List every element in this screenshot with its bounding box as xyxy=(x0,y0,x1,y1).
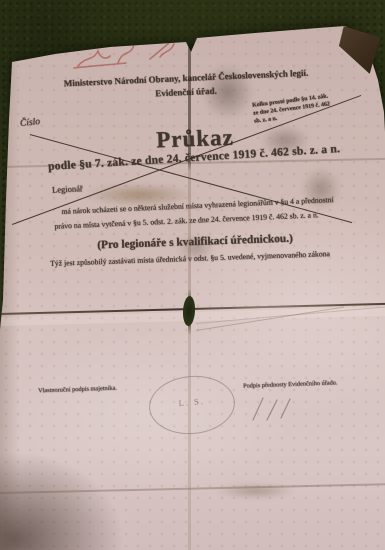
signature-right-label: Podpis přednosty Evidenčního úřadu. xyxy=(243,379,338,389)
pencil-marks xyxy=(245,392,315,424)
red-handwriting-mark xyxy=(70,36,200,72)
document-paper: Ministerstvo Národní Obrany, kancelář Če… xyxy=(0,0,385,550)
paper-wrap: Ministerstvo Národní Obrany, kancelář Če… xyxy=(0,0,385,550)
fold-hole xyxy=(182,296,196,327)
photo-of-document: Ministerstvo Národní Obrany, kancelář Če… xyxy=(0,0,385,550)
signature-left-label: Vlastnoruční podpis majetníka. xyxy=(38,385,117,395)
crease-lower xyxy=(0,483,385,494)
seal-placeholder-circle: L. S. xyxy=(147,372,238,437)
legionnaire-label: Legionář xyxy=(52,183,83,195)
number-label: Číslo xyxy=(20,117,41,129)
fold-vertical xyxy=(188,38,191,550)
stain-bottom-crease xyxy=(200,480,310,502)
seal-placeholder-text: L. S. xyxy=(149,393,234,410)
